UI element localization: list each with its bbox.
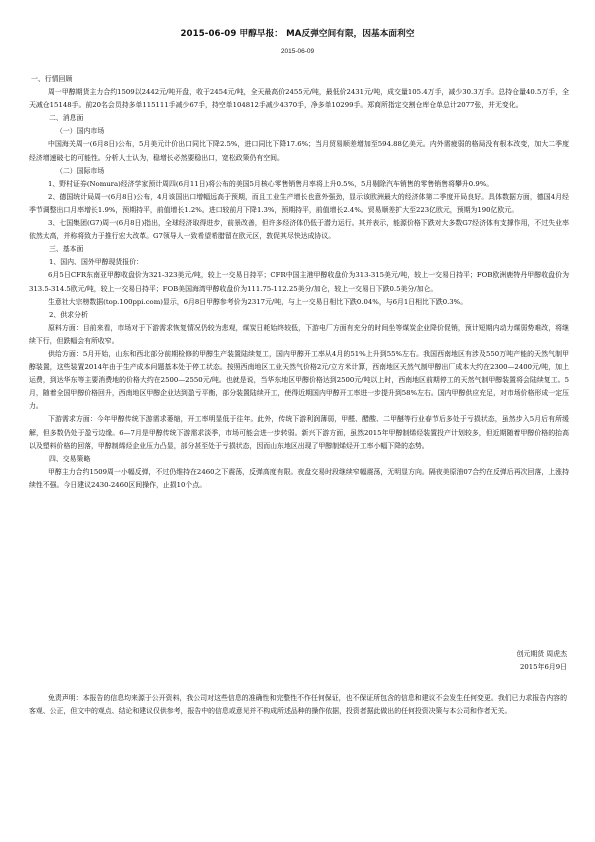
subheading-supply-demand: 2、供求分析 [29,309,569,322]
disclaimer-text: 免责声明：本报告的信息均来源于公开资料，我公司对这些信息的准确性和完整性不作任何… [29,692,567,719]
international-news-item: 1、野村证券(Nomura)经济学家预计周四(6月11日)将公布的美国5月核心零… [29,178,569,191]
international-news-item: 2、德国统计局周一(6月8日)公布，4月该国出口增幅远高于预期，而且工业生产增长… [29,191,569,217]
subheading-domestic-market: （一）国内市场 [29,125,569,138]
section-heading-fundamentals: 三、基本面 [29,243,569,256]
spot-prices-text: 6月5日CFR东南亚甲醇收盘价为321-323美元/吨，较上一交易日持平；CFR… [29,269,569,295]
report-date: 2015-06-09 [0,48,595,55]
report-body: 一、行情回顾 周一甲醇期货主力合约1509以2442元/吨开盘，收于2454元/… [29,73,569,492]
signature-author: 创元期货 周虎杰 [0,648,567,661]
section-heading-news: 二、消息面 [29,112,569,125]
subheading-international-market: （二）国际市场 [29,165,569,178]
signature-date: 2015年6月9日 [0,661,567,674]
subheading-spot-prices: 1、国内、国外甲醇现货报价： [29,256,569,269]
supply-demand-text: 供给方面：5月开始，山东和西北部分前期检修的甲醇生产装置陆续复工，国内甲醇开工率… [29,348,569,413]
domestic-news-text: 中国海关周一(6月8日)公布，5月美元计价出口同比下降2.5%，进口同比下降17… [29,138,569,164]
spot-prices-text: 生意社大宗榜数据(top.100ppi.com)显示，6月8日甲醇参考价为231… [29,296,569,309]
section-heading-strategy: 四、交易策略 [29,453,569,466]
strategy-text: 甲醇主力合约1509周一小幅反弹，不过仍维持在2460之下震荡，反弹高度有限。夜… [29,466,569,492]
section-heading-market-review: 一、行情回顾 [29,73,569,86]
supply-demand-text: 原料方面：目前来看，市场对于下游需求恢复情况仍较为悲观，煤炭日耗始终较低，下游电… [29,322,569,348]
international-news-item: 3、七国集团(G7)周一(6月8日)指出，全球经济取得进步，前景改善，但许多经济… [29,217,569,243]
market-review-text: 周一甲醇期货主力合约1509以2442元/吨开盘，收于2454元/吨，全天最高价… [29,86,569,112]
page-title: 2015-06-09 甲醇早报： MA反弹空间有限，因基本面利空 [0,27,595,39]
signature-block: 创元期货 周虎杰 2015年6月9日 [0,648,567,674]
document-page: 2015-06-09 甲醇早报： MA反弹空间有限，因基本面利空 2015-06… [0,0,595,842]
supply-demand-text: 下游需求方面：今年甲醇传统下游需求萎缩，开工率明显低于往年。此外，传统下游利润薄… [29,413,569,452]
